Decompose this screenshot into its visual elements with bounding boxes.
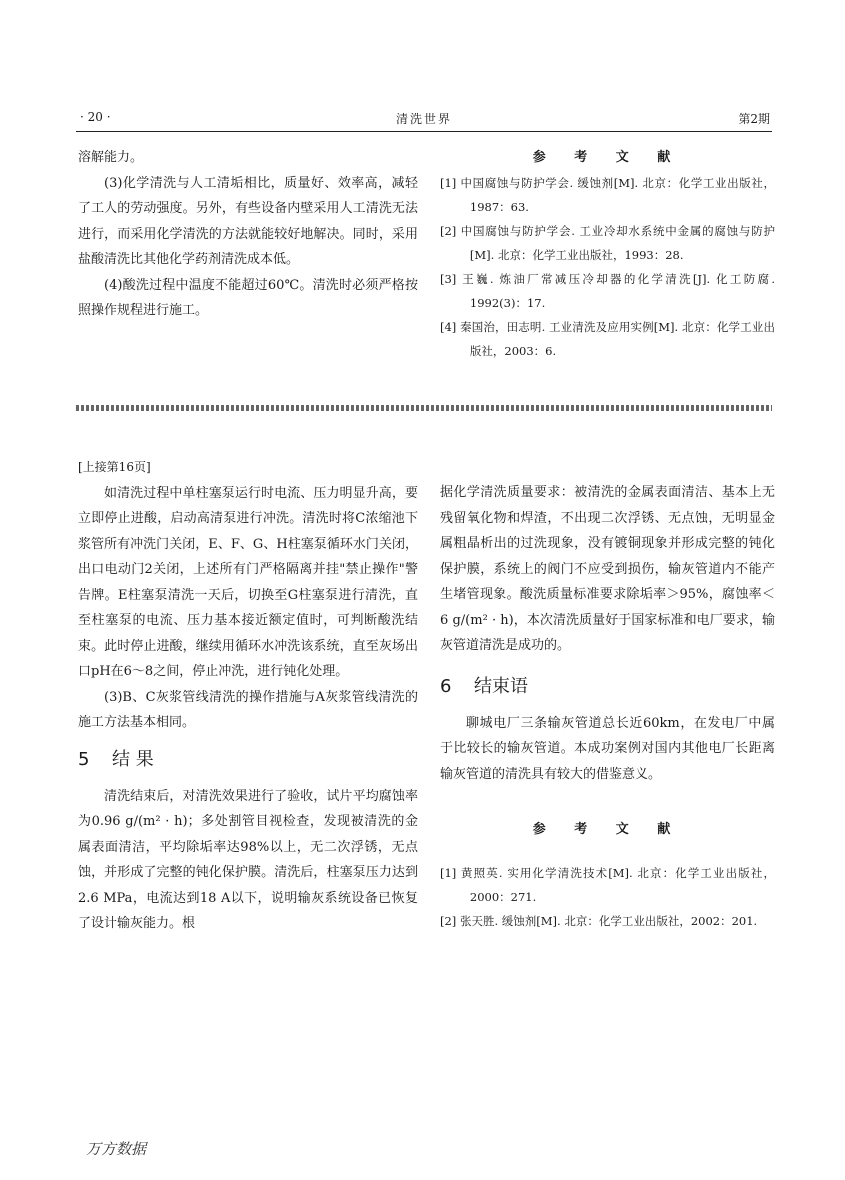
paragraph: (4)酸洗过程中温度不能超过60℃。清洗时必须严格按照操作规程进行施工。 (78, 273, 418, 324)
watermark: 万方数据 (86, 1138, 146, 1159)
reference-item: [2] 张天胜. 缓蚀剂[M]. 北京：化学工业出版社，2002：201. (440, 909, 775, 933)
reference-item: [4] 秦国治，田志明. 工业清洗及应用实例[M]. 北京：化学工业出版社，20… (440, 315, 775, 363)
section-title: 结束语 (474, 676, 528, 697)
section-separator (76, 405, 772, 411)
section-heading: 5结 果 (78, 746, 418, 774)
issue-number: 第2期 (738, 110, 770, 127)
paragraph: (3)化学清洗与人工清垢相比，质量好、效率高，减轻了工人的劳动强度。另外，有些设… (78, 171, 418, 273)
references-title: 参 考 文 献 (440, 145, 775, 171)
top-right-column: 参 考 文 献 [1] 中国腐蚀与防护学会. 缓蚀剂[M]. 北京：化学工业出版… (440, 145, 775, 363)
paragraph: 清洗结束后，对清洗效果进行了验收，试片平均腐蚀率为0.96 g/(m² · h)… (78, 784, 418, 937)
top-left-column: 溶解能力。 (3)化学清洗与人工清垢相比，质量好、效率高，减轻了工人的劳动强度。… (78, 145, 418, 324)
section-heading: 6结束语 (440, 673, 775, 701)
bottom-left-column: [上接第16页] 如清洗过程中单柱塞泵运行时电流、压力明显升高，要立即停止进酸，… (78, 455, 418, 937)
reference-item: [1] 中国腐蚀与防护学会. 缓蚀剂[M]. 北京：化学工业出版社，1987：6… (440, 171, 775, 219)
reference-item: [3] 王巍. 炼油厂常减压冷却器的化学清洗[J]. 化工防腐. 1992(3)… (440, 267, 775, 315)
page-header: · 20 · 清洗世界 第2期 (78, 108, 770, 130)
header-rule (76, 131, 772, 132)
section-number: 6 (440, 673, 474, 701)
reference-item: [2] 中国腐蚀与防护学会. 工业冷却水系统中金属的腐蚀与防护[M]. 北京：化… (440, 219, 775, 267)
paragraph: 溶解能力。 (78, 145, 418, 171)
paragraph: (3)B、C灰浆管线清洗的操作措施与A灰浆管线清洗的施工方法基本相同。 (78, 685, 418, 736)
paragraph: 据化学清洗质量要求：被清洗的金属表面清洁、基本上无残留氧化物和焊渣，不出现二次浮… (440, 480, 775, 659)
paragraph: 聊城电厂三条输灰管道总长近60km，在发电厂中属于比较长的输灰管道。本成功案例对… (440, 711, 775, 788)
section-number: 5 (78, 746, 112, 774)
references-title: 参 考 文 献 (440, 817, 775, 843)
reference-item: [1] 黄照英. 实用化学清洗技术[M]. 北京：化学工业出版社，2000：27… (440, 861, 775, 909)
bottom-right-column: 据化学清洗质量要求：被清洗的金属表面清洁、基本上无残留氧化物和焊渣，不出现二次浮… (440, 480, 775, 933)
paragraph: 如清洗过程中单柱塞泵运行时电流、压力明显升高，要立即停止进酸，启动高清泵进行冲洗… (78, 481, 418, 685)
continued-from-note: [上接第16页] (78, 455, 418, 481)
journal-title: 清洗世界 (78, 110, 770, 127)
section-title: 结 果 (112, 749, 154, 770)
